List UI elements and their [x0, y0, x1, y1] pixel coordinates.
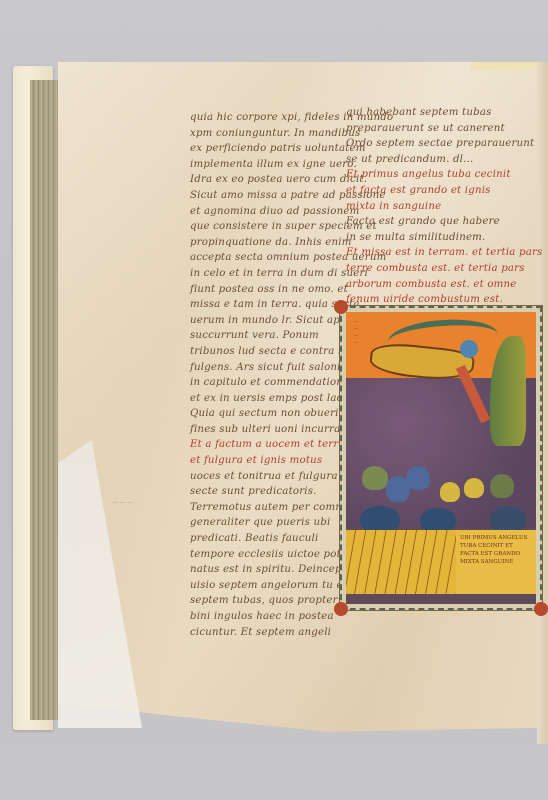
shrub-icon — [490, 506, 526, 532]
text-line: mixta in sanguine — [346, 199, 543, 215]
tree-icon — [490, 474, 514, 498]
page-edges — [30, 80, 60, 720]
miniature-illumination: ... ... ... ... UBI PRIMUS ANGELUS TUBA … — [340, 306, 542, 610]
text-line: Et missa est in terram. et tertia pars — [346, 245, 543, 261]
frame-corner-ornament — [334, 602, 348, 616]
text-line: preparauerunt se ut canerent — [346, 121, 543, 137]
text-line: terre combusta est. et tertia pars — [346, 261, 543, 277]
text-line: Facta est grando que habere — [346, 214, 543, 230]
miniature-caption: UBI PRIMUS ANGELUS TUBA CECINIT ET FACTA… — [456, 530, 536, 594]
tree-icon — [362, 466, 388, 490]
shrub-icon — [360, 506, 400, 532]
text-line: qui habebant septem tubas — [346, 105, 543, 121]
frame-corner-ornament — [534, 602, 548, 616]
text-line: bini ingulos haec in postea — [190, 609, 393, 625]
margin-note: ... ... ... — [112, 498, 133, 506]
text-line: arborum combusta est. et omne — [346, 277, 543, 293]
tree-icon — [406, 466, 430, 490]
text-line: in se multa similitudinem. — [346, 230, 543, 246]
text-line: Et primus angelus tuba cecinit — [346, 167, 543, 183]
text-line: et facta est grando et ignis — [346, 183, 543, 199]
angel-head — [460, 340, 478, 358]
right-text-column: qui habebant septem tubaspreparauerunt s… — [346, 105, 543, 308]
sky-inscription: ... ... ... ... — [354, 318, 359, 346]
shrub-icon — [420, 508, 456, 532]
text-line: Ordo septem sectae preparauerunt — [346, 136, 543, 152]
tree-icon — [464, 478, 484, 498]
frame-corner-ornament — [334, 300, 348, 314]
text-line: cicuntur. Et septem angeli — [190, 625, 393, 641]
text-line: se ut predicandum. dl... — [346, 152, 543, 168]
tree-icon — [440, 482, 460, 502]
